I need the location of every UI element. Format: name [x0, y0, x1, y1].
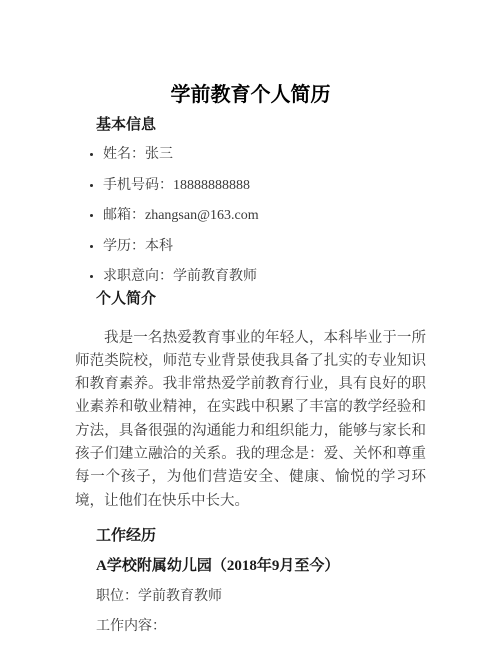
item-label: 邮箱：: [103, 208, 145, 223]
resume-page: 学前教育个人简历 基本信息 姓名：张三 手机号码：18888888888 邮箱：…: [0, 0, 500, 647]
duties-label: 工作内容：: [96, 619, 166, 634]
section-heading-profile: 个人简介: [96, 291, 426, 307]
document-title: 学前教育个人简历: [75, 84, 426, 106]
list-item-email: 邮箱：zhangsan@163.com: [103, 207, 426, 225]
work-entry-duties-line: 工作内容：: [96, 618, 426, 635]
section-heading-basic-info: 基本信息: [96, 117, 426, 133]
item-label: 姓名：: [103, 147, 145, 162]
item-value: 18888888888: [173, 178, 250, 193]
profile-paragraph: 我是一名热爱教育事业的年轻人，本科毕业于一所师范类院校，师范专业背景使我具备了扎…: [75, 327, 426, 513]
position-value: 学前教育教师: [138, 589, 222, 604]
section-heading-work-experience: 工作经历: [96, 528, 426, 544]
item-value: 学前教育教师: [173, 269, 257, 284]
item-label: 求职意向：: [103, 269, 173, 284]
list-item-name: 姓名：张三: [103, 146, 426, 164]
list-item-objective: 求职意向：学前教育教师: [103, 268, 426, 286]
item-label: 手机号码：: [103, 178, 173, 193]
list-item-education: 学历：本科: [103, 238, 426, 256]
item-value: 本科: [145, 239, 173, 254]
basic-info-list: 姓名：张三 手机号码：18888888888 邮箱：zhangsan@163.c…: [75, 146, 426, 286]
item-value: zhangsan@163.com: [145, 208, 259, 223]
list-item-phone: 手机号码：18888888888: [103, 177, 426, 195]
item-label: 学历：: [103, 239, 145, 254]
work-entry-position-line: 职位：学前教育教师: [96, 588, 426, 605]
position-label: 职位：: [96, 589, 138, 604]
item-value: 张三: [145, 147, 173, 162]
work-entry-organization: A学校附属幼儿园（2018年9月至今）: [96, 558, 426, 575]
